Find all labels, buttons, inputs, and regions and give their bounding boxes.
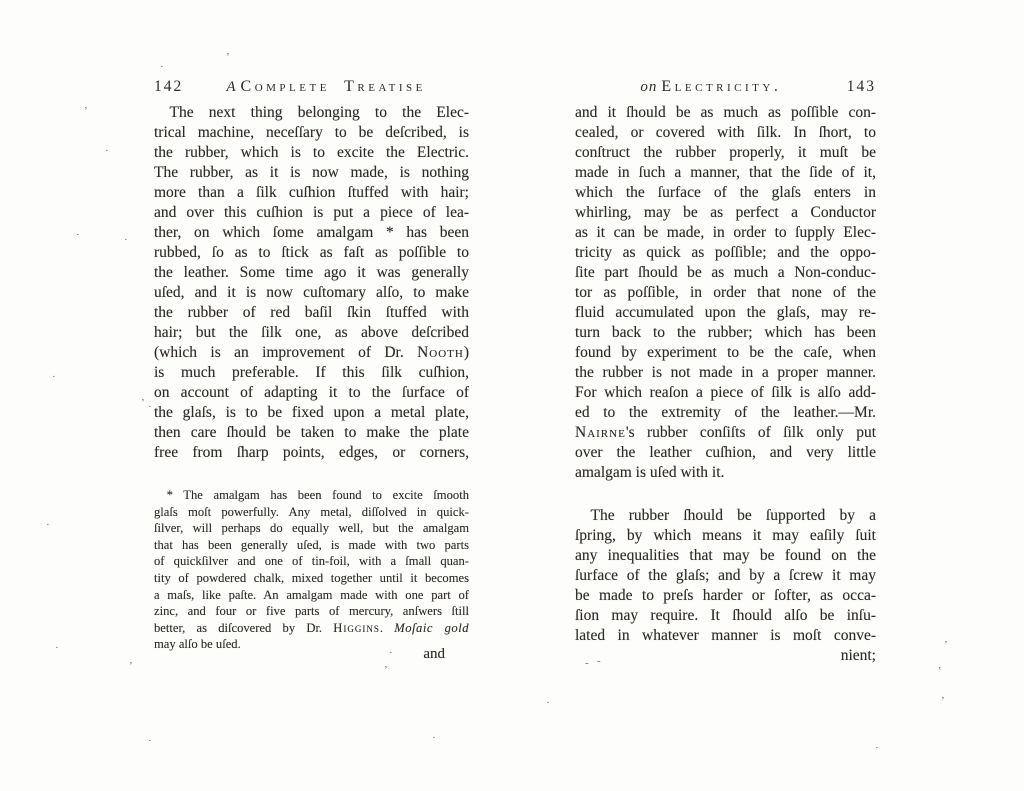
text-line: lated in whatever manner is moſt conve- bbox=[575, 626, 876, 646]
text-line: is much preferable. If this ſilk cuſhion… bbox=[154, 363, 469, 383]
text-line: The rubber, as it is now made, is nothin… bbox=[154, 163, 469, 183]
text-line: then care ſhould be taken to make the pl… bbox=[154, 423, 469, 443]
text-line: the rubber, which is to excite the Elect… bbox=[154, 143, 469, 163]
text-line: a maſs, like paſte. An amalgam made with… bbox=[154, 587, 469, 604]
right-running-head: onElectricity. 143 bbox=[575, 78, 876, 100]
right-running-title: onElectricity. bbox=[575, 78, 847, 96]
right-page-number: 143 bbox=[847, 78, 876, 96]
scan-speck: · bbox=[546, 698, 550, 709]
running-title-caps: Electricity. bbox=[661, 78, 781, 95]
left-page: 142 AComplete Treatise The next thing be… bbox=[154, 78, 469, 653]
text-line: ſurface of the glaſs; and by a ſcrew it … bbox=[575, 566, 876, 586]
text-line: over the leather cuſhion, and very littl… bbox=[575, 443, 876, 463]
right-body-text-2: The rubber ſhould be ſupported by aſprin… bbox=[575, 506, 876, 666]
text-line: ſite part ſhould be as much a Non-conduc… bbox=[575, 263, 876, 283]
scan-speck: ‚ bbox=[141, 392, 145, 403]
text-line: conſtruct the rubber properly, it muſt b… bbox=[575, 143, 876, 163]
scan-speck: · bbox=[124, 235, 128, 246]
text-line: and over this cuſhion is put a piece of … bbox=[154, 203, 469, 223]
scan-speck: · bbox=[52, 372, 56, 383]
text-line: turn back to the rubber; which has been bbox=[575, 323, 876, 343]
text-line: The next thing belonging to the Elec- bbox=[154, 103, 469, 123]
text-line: the rubber is not made in a proper manne… bbox=[575, 363, 876, 383]
scan-speck: · bbox=[148, 402, 152, 413]
right-body-text: and it ſhould be as much as poſſible con… bbox=[575, 103, 876, 483]
scan-speck: ‛ bbox=[938, 666, 942, 677]
text-line: ther, on which ſome amalgam * has been bbox=[154, 223, 469, 243]
running-title-prefix: on bbox=[640, 79, 657, 95]
left-footnote-text: * The amalgam has been found to excite ſ… bbox=[154, 487, 469, 653]
running-title-caps: Complete Treatise bbox=[241, 78, 426, 95]
scan-speck: · bbox=[875, 743, 879, 754]
text-line: tor as poſſible, in order that none of t… bbox=[575, 283, 876, 303]
text-line: ſion may require. It ſhould alſo be inſu… bbox=[575, 606, 876, 626]
text-line: hair; but the ſilk one, as above deſcrib… bbox=[154, 323, 469, 343]
scan-speck: ’ bbox=[941, 696, 945, 707]
text-line: The rubber ſhould be ſupported by a bbox=[575, 506, 876, 526]
scan-speck: ’ bbox=[84, 106, 88, 117]
scan-speck: ’ bbox=[226, 52, 230, 63]
text-line: rubbed, ſo as to ſtick as faſt as poſſib… bbox=[154, 243, 469, 263]
text-line: any inequalities that may be found on th… bbox=[575, 546, 876, 566]
text-line: which the ſurface of the glaſs enters in bbox=[575, 183, 876, 203]
text-line: on account of adapting it to the ſurface… bbox=[154, 383, 469, 403]
left-body-text: The next thing belonging to the Elec-tri… bbox=[154, 103, 469, 463]
text-line: ed to the extremity of the leather.—Mr. bbox=[575, 403, 876, 423]
scan-speck: ’ bbox=[944, 640, 948, 651]
text-line: that has been generally uſed, is made wi… bbox=[154, 537, 469, 554]
left-running-title: AComplete Treatise bbox=[183, 78, 469, 96]
text-line: ſpring, by which means it may eaſily ſui… bbox=[575, 526, 876, 546]
scan-speck: · bbox=[160, 62, 164, 73]
text-line: (which is an improvement of Dr. Nooth) bbox=[154, 343, 469, 363]
book-scan-spread: 142 AComplete Treatise The next thing be… bbox=[0, 0, 1024, 791]
scan-speck: · bbox=[55, 643, 59, 654]
text-line: tity of powdered chalk, mixed together u… bbox=[154, 570, 469, 587]
text-line: of quickſilver and one of tin-foil, with… bbox=[154, 553, 469, 570]
scan-speck: · bbox=[148, 736, 152, 747]
text-line: uſed, and it is now cuſtomary alſo, to m… bbox=[154, 283, 469, 303]
text-line: cealed, or covered with ſilk. In ſhort, … bbox=[575, 123, 876, 143]
text-line: the leather. Some time ago it was genera… bbox=[154, 263, 469, 283]
left-page-number: 142 bbox=[154, 78, 183, 96]
text-line: amalgam is uſed with it. bbox=[575, 463, 876, 483]
text-line: Nairne's rubber conſiſts of ſilk only pu… bbox=[575, 423, 876, 443]
text-line: For which reaſon a piece of ſilk is alſo… bbox=[575, 383, 876, 403]
catchword: and bbox=[154, 646, 469, 663]
text-line: the rubber of red baſil ſkin ſtuffed wit… bbox=[154, 303, 469, 323]
text-line: found by experiment to be the caſe, when bbox=[575, 343, 876, 363]
text-line: ſilver, will perhaps do equally well, bu… bbox=[154, 520, 469, 537]
text-line: and it ſhould be as much as poſſible con… bbox=[575, 103, 876, 123]
scan-speck: ‚ bbox=[129, 655, 133, 666]
text-line: nient; bbox=[575, 646, 876, 666]
scan-speck: · bbox=[46, 520, 50, 531]
text-line: made in ſuch a manner, that the ſide of … bbox=[575, 163, 876, 183]
text-line: more than a ſilk cuſhion ſtuffed with ha… bbox=[154, 183, 469, 203]
scan-speck: · bbox=[432, 733, 436, 744]
right-page: onElectricity. 143 and it ſhould be as m… bbox=[575, 78, 876, 666]
scan-speck: · bbox=[76, 230, 80, 241]
text-line: as it can be made, in order to ſupply El… bbox=[575, 223, 876, 243]
text-line: glaſs moſt powerfully. Any metal, diſſol… bbox=[154, 504, 469, 521]
scan-speck: · bbox=[105, 146, 109, 157]
text-line: better, as diſcovered by Dr. Higgins. Mo… bbox=[154, 620, 469, 637]
text-line: zinc, and four or five parts of mercury,… bbox=[154, 603, 469, 620]
scan-speck: ’ bbox=[384, 665, 388, 676]
text-line: tricity as quick as poſſible; and the op… bbox=[575, 243, 876, 263]
text-line: the glaſs, is to be fixed upon a metal p… bbox=[154, 403, 469, 423]
text-line: * The amalgam has been found to excite ſ… bbox=[154, 487, 469, 504]
running-title-article: A bbox=[226, 79, 236, 95]
text-line: free from ſharp points, edges, or corner… bbox=[154, 443, 469, 463]
text-line: trical machine, neceſſary to be deſcribe… bbox=[154, 123, 469, 143]
text-line: whirling, may be as perfect a Conductor bbox=[575, 203, 876, 223]
text-line: fluid accumulated upon the glaſs, may re… bbox=[575, 303, 876, 323]
text-line: be made to preſs harder or ſofter, as oc… bbox=[575, 586, 876, 606]
left-running-head: 142 AComplete Treatise bbox=[154, 78, 469, 100]
